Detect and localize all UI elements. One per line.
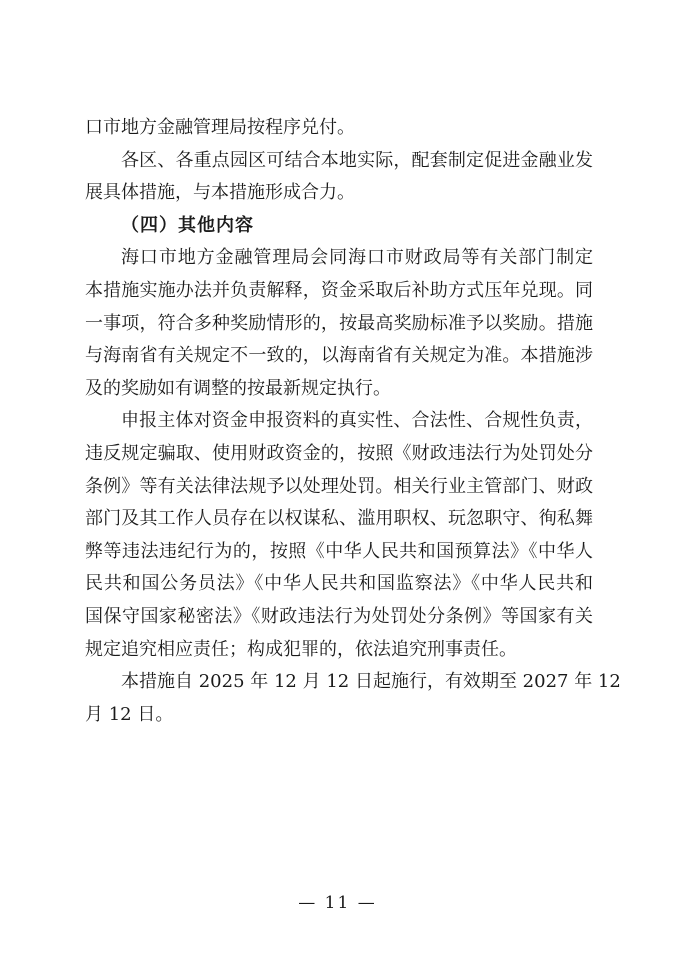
text-line: 本措施自 2025 年 12 月 12 日起施行，有效期至 2027 年 12 [85,666,593,699]
text-line: 规定追究相应责任；构成犯罪的，依法追究刑事责任。 [85,634,593,667]
text-line: 条例》等有关法律法规予以处理处罚。相关行业主管部门、财政 [85,471,593,504]
document-body: 口市地方金融管理局按程序兑付。 各区、各重点园区可结合本地实际，配套制定促进金融… [85,112,593,731]
text-line: 一事项，符合多种奖励情形的，按最高奖励标准予以奖励。措施 [85,308,593,341]
text-line: 民共和国公务员法》《中华人民共和国监察法》《中华人民共和 [85,568,593,601]
text-line: 国保守国家秘密法》《财政违法行为处罚处分条例》等国家有关 [85,601,593,634]
document-page: 口市地方金融管理局按程序兑付。 各区、各重点园区可结合本地实际，配套制定促进金融… [0,0,675,966]
text-line: 展具体措施，与本措施形成合力。 [85,177,593,210]
text-line: 申报主体对资金申报资料的真实性、合法性、合规性负责， [85,405,593,438]
text-line: 弊等违法违纪行为的，按照《中华人民共和国预算法》《中华人 [85,536,593,569]
text-line: 与海南省有关规定不一致的，以海南省有关规定为准。本措施涉 [85,340,593,373]
text-line: 本措施实施办法并负责解释，资金采取后补助方式压年兑现。同 [85,275,593,308]
text-line: 海口市地方金融管理局会同海口市财政局等有关部门制定 [85,242,593,275]
text-line: 月 12 日。 [85,699,593,732]
page-number: — 11 — [0,893,675,913]
text-line: 口市地方金融管理局按程序兑付。 [85,112,593,145]
text-line: 违反规定骗取、使用财政资金的，按照《财政违法行为处罚处分 [85,438,593,471]
text-line: 各区、各重点园区可结合本地实际，配套制定促进金融业发 [85,145,593,178]
text-line: 及的奖励如有调整的按最新规定执行。 [85,373,593,406]
text-line: 部门及其工作人员存在以权谋私、滥用职权、玩忽职守、徇私舞 [85,503,593,536]
section-heading: （四）其他内容 [85,210,593,243]
